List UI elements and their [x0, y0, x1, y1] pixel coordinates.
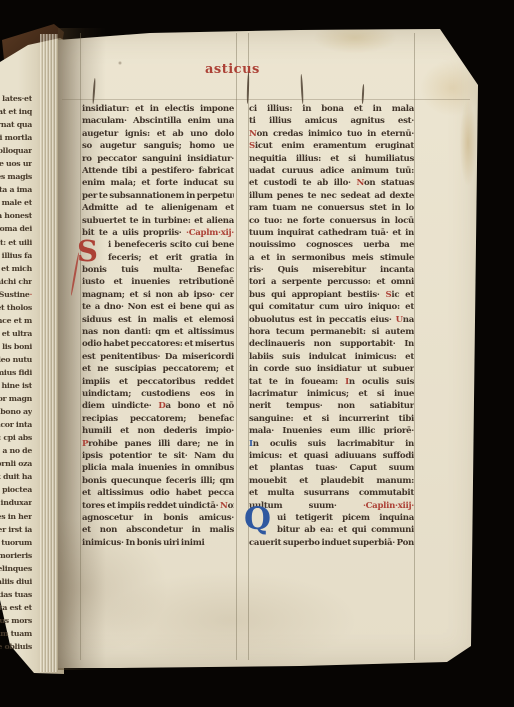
- body-text: ris· Quis miserebitur incanta: [249, 265, 414, 275]
- text-line: mor magn: [0, 392, 32, 405]
- body-text: duat: et uili: [0, 238, 32, 247]
- body-text: diem uindicte·: [82, 401, 158, 411]
- body-text: irmius fidi: [0, 368, 32, 377]
- body-text: sanguine: et si incurrerint tibi: [249, 414, 414, 424]
- body-text: t aliis diui: [0, 577, 32, 586]
- body-text: declinaueris non supportabit· In: [249, 339, 414, 349]
- body-text: et multa susurrans commutabit: [249, 488, 414, 498]
- text-line: uindictam; custodiens eos in: [82, 388, 234, 400]
- text-line: ibus mors: [0, 614, 32, 627]
- text-line: ris· Quis miserebitur incanta: [249, 264, 414, 276]
- text-line: ponat et inq: [0, 105, 32, 118]
- text-line: uadat curuus adice animum tuū:: [249, 165, 414, 177]
- ruling-line-left: [80, 33, 81, 660]
- rubricated-text: N: [356, 178, 364, 188]
- body-text: tori a serpente percusso: et omni: [249, 277, 414, 287]
- text-line: te a dno· Non est ei bene qui as: [82, 301, 234, 313]
- text-line: ro peccator sanguini insidiatur·: [82, 153, 234, 165]
- text-line: imicus: et quasi adiuuans suffodi: [249, 450, 414, 462]
- body-text: oni bono ay: [0, 407, 32, 416]
- text-line: et multa susurrans commutabit: [249, 487, 414, 499]
- facing-page-text-column: ns lates·etponat et inqternat quaSi mort…: [0, 92, 32, 653]
- body-text: mor magn: [0, 394, 32, 403]
- leaf-edges: [40, 34, 58, 672]
- text-line: oni bono ay: [0, 405, 32, 418]
- text-line: odio habet peccatores: et misertus: [82, 338, 234, 350]
- body-text: uita a ima:: [0, 185, 32, 194]
- text-line: es: et ultra: [0, 327, 32, 340]
- body-text: qui comitatur cum uiro iniquo: et: [249, 302, 414, 312]
- text-line: ame uos ur: [0, 157, 32, 170]
- body-text: est penitentibus· Da misericordi: [82, 352, 234, 362]
- text-line: nas non danti: qm et altissimus: [82, 326, 234, 338]
- text-line: bitur ab ea: et qui communi: [249, 524, 414, 536]
- body-text: tias tuas: [0, 590, 32, 599]
- body-text: nut pioctea: [0, 485, 32, 494]
- text-line: bus qui appropiant bestiis· Sic et: [249, 289, 414, 301]
- chapter-12-initial: S: [77, 237, 98, 266]
- body-text: on: [228, 501, 234, 511]
- body-text: t incor inta: [0, 420, 32, 429]
- body-text: Attende tibi a pestifero· fabricat: [82, 166, 234, 176]
- text-line: i benefeceris scito cui bene: [82, 239, 234, 251]
- text-line: Sicut enim eramentum eruginat: [249, 140, 414, 152]
- text-line: nchoma dei: [0, 222, 32, 235]
- body-text: n oculis suis: [349, 377, 414, 387]
- chapter-13-initial: Q: [244, 504, 271, 535]
- text-line: inimicus· In bonis uiri inimi: [82, 537, 234, 549]
- text-line: diem uindicte· Da bono et nō: [82, 400, 234, 412]
- text-line: tat te in foueam: In oculis suis: [249, 376, 414, 388]
- text-line: et relinques: [0, 562, 32, 575]
- body-text: er irst ia: [0, 525, 32, 534]
- body-text: me morieris: [0, 551, 32, 560]
- body-text: in corde suo insidiatur ut subuer: [249, 364, 414, 374]
- body-text: ich illius fa: [0, 251, 32, 260]
- body-text: subuertet te in turbine: et aliena: [82, 216, 234, 226]
- body-text: nequitia illius: et si humiliatus: [249, 154, 414, 164]
- body-text: siduus est in malis et elemosi: [82, 315, 234, 325]
- text-line: labiis suis indulcat inimicus: et: [249, 351, 414, 363]
- text-line: et non abscondetur in malis: [82, 524, 234, 536]
- text-line: so augetur sanguis; homo ue: [82, 140, 234, 152]
- text-line: irmius fidi: [0, 366, 32, 379]
- ruling-line-right: [414, 33, 415, 660]
- body-text: na: [403, 315, 414, 325]
- body-text: obuolutus est in peccatis eius·: [249, 315, 396, 325]
- body-text: nouissimo cognosces uerba me: [249, 240, 414, 250]
- body-text: in colloquar;: [0, 146, 32, 155]
- body-text: ame uos ur: [0, 159, 32, 168]
- text-line: In oculis suis lacrimabitur in: [249, 438, 414, 450]
- body-text: ctua honest: [0, 211, 32, 220]
- body-text: iusto et inuenies retributionē: [82, 277, 234, 287]
- body-text: ic et: [391, 290, 414, 300]
- text-line: duat: et uili: [0, 236, 32, 249]
- text-line: augetur ignis: et ab uno dolo: [82, 128, 234, 140]
- body-text: a bono et nō: [165, 401, 234, 411]
- body-text: am tuam: [0, 629, 32, 638]
- body-text: per te subsannationem in perpetuū·: [82, 191, 234, 201]
- body-text: num tuorum: [0, 538, 32, 547]
- text-line: Attende tibi a pestifero· fabricat: [82, 165, 234, 177]
- text-line: d: cpi abs: [0, 431, 32, 444]
- body-text: bonis quecunque feceris illi; qm: [82, 476, 234, 486]
- text-line: et altissimus odio habet pecca: [82, 487, 234, 499]
- text-line: maculam· Abscintilla enim una: [82, 115, 234, 127]
- body-text: data est et: [0, 603, 32, 612]
- body-text: agnoscetur in bonis amicus·: [82, 513, 234, 523]
- body-text: nas non danti: qm et altissimus: [82, 327, 234, 337]
- text-line: uest duit ha: [0, 470, 32, 483]
- text-line: mes in her: [0, 510, 32, 523]
- text-line: bit te a uiis propriis· ·Caplm·xij·: [82, 227, 234, 239]
- body-text: Admitte ad te alienigenam et: [82, 203, 234, 213]
- body-text: ci illius: in bona et in mala: [249, 104, 414, 114]
- text-line: lacrimatur inimicus; et si inue: [249, 388, 414, 400]
- body-text: ta et tholos: [0, 303, 32, 312]
- body-text: enim mala; et forte inducat su: [82, 178, 234, 188]
- text-line: sanguine: et si incurrerint tibi: [249, 413, 414, 425]
- text-line: Si mortla: [0, 131, 32, 144]
- text-line: in colloquar;: [0, 144, 32, 157]
- body-text: ne obliuis: [0, 642, 32, 651]
- body-text: hora tecum permanebit: si autem: [249, 327, 414, 337]
- body-text: ur· a no de: [0, 446, 32, 455]
- text-line: enim mala; et forte inducat su: [82, 177, 234, 189]
- body-text: ram tuam ne conuersus stet in lo: [249, 203, 414, 213]
- text-line: recipias peccatorem; benefac: [82, 413, 234, 425]
- rubricated-text: ·: [30, 290, 32, 299]
- text-line: mor hine ist: [0, 379, 32, 392]
- text-line: est penitentibus· Da misericordi: [82, 351, 234, 363]
- text-line: a et in sermonibus meis stimule: [249, 252, 414, 264]
- text-line: siduus est in malis et elemosi: [82, 314, 234, 326]
- body-text: insidiatur: et in electis impone: [82, 104, 234, 114]
- body-text: d: cpi abs: [0, 433, 32, 442]
- body-text: tores et impiis reddet uindictā·: [82, 501, 220, 511]
- body-text: odio habet peccatores: et misertus: [82, 339, 234, 349]
- manuscript-photo: ns lates·etponat et inqternat quaSi mort…: [0, 0, 514, 707]
- text-line: agnoscetur in bonis amicus·: [82, 512, 234, 524]
- body-text: icut enim eramentum eruginat: [255, 141, 414, 151]
- body-text: magnam; et si non ab ipso· cer: [82, 290, 234, 300]
- ruling-line-top: [62, 99, 470, 100]
- text-line: data est et: [0, 601, 32, 614]
- text-line: hora tecum permanebit: si autem: [249, 326, 414, 338]
- body-text: mouebit et plaudebit manum:: [249, 476, 414, 486]
- text-line: feceris; et erit gratia in: [82, 252, 234, 264]
- text-line: ui tetigerit picem inquina: [249, 512, 414, 524]
- body-text: ibus mors: [0, 616, 32, 625]
- text-line: impiis et peccatoribus reddet: [82, 376, 234, 388]
- body-text: labiis suis indulcat inimicus: et: [249, 352, 414, 362]
- body-text: i benefeceris scito cui bene: [108, 240, 234, 250]
- rubricated-text: ·Caplm·xij·: [186, 228, 234, 238]
- body-text: et altissimus odio habet pecca: [82, 488, 234, 498]
- body-text: bonis tuis multa· Benefac: [82, 265, 234, 275]
- body-text: ti illius amicus agnitus est·: [249, 116, 414, 126]
- text-line: ut michi chr: [0, 275, 32, 288]
- body-text: et non abscondetur in malis: [82, 525, 234, 535]
- text-line: bonis quecunque feceris illi; qm: [82, 475, 234, 487]
- text-line: bonis tuis multa· Benefac: [82, 264, 234, 276]
- body-text: n oculis suis lacrimabitur in: [253, 439, 414, 449]
- text-line: uita a ima:: [0, 183, 32, 196]
- text-line: am tuam: [0, 627, 32, 640]
- body-text: tuum inquirat cathedram tuā· et in: [249, 228, 414, 238]
- text-line: bence et m: [0, 314, 32, 327]
- text-line: num tuorum: [0, 536, 32, 549]
- body-text: co: male et: [0, 198, 32, 207]
- text-line: ci illius: in bona et in mala: [249, 103, 414, 115]
- text-line: ns lates·et: [0, 92, 32, 105]
- text-line: in deo nutu: [0, 353, 32, 366]
- body-text: Si mortla: [0, 133, 32, 142]
- body-text: ro peccator sanguini insidiatur·: [82, 154, 234, 164]
- text-line: plicia mala inuenies in omnibus: [82, 462, 234, 474]
- text-line: per te subsannationem in perpetuū·: [82, 190, 234, 202]
- body-text: hor induxar: [0, 498, 32, 507]
- text-line: mala· Inuenies eum illic priorē·: [249, 425, 414, 437]
- body-text: ui tetigerit picem inquina: [277, 513, 414, 523]
- body-text: n tornli oza: [0, 459, 32, 468]
- body-text: on statuas: [364, 178, 414, 188]
- text-line: et plantas tuas· Caput suum: [249, 462, 414, 474]
- text-line: Admitte ad te alienigenam et: [82, 202, 234, 214]
- body-text: bence et m: [0, 316, 32, 325]
- running-title: asticus: [205, 62, 259, 77]
- rubricated-text: ·Caplin·xiij·: [363, 501, 414, 511]
- text-line: uultum suum· ·Caplin·xiij·: [249, 500, 414, 512]
- text-line: nerit tempus· non satiabitur: [249, 400, 414, 412]
- text-line: in corde suo insidiatur ut subuer: [249, 363, 414, 375]
- body-text: so augetur sanguis; homo ue: [82, 141, 234, 151]
- text-line: t aliis diui: [0, 575, 32, 588]
- body-text: res magis;: [0, 172, 32, 181]
- body-text: te a dno· Non est ei bene qui as: [82, 302, 234, 312]
- body-text: et relinques: [0, 564, 32, 573]
- body-text: humili et non dederis impio·: [82, 426, 234, 436]
- text-line: cauerit superbo induet superbiā· Pon: [249, 537, 414, 549]
- text-line: qui comitatur cum uiro iniquo: et: [249, 301, 414, 313]
- text-line: ne obliuis: [0, 640, 32, 653]
- text-line: ctua honest: [0, 209, 32, 222]
- text-line: tores et impiis reddet uindictā· Non: [82, 500, 234, 512]
- text-line: ipsis potentior te sit· Nam du: [82, 450, 234, 462]
- text-line: ta et tholos: [0, 301, 32, 314]
- text-line: res magis;: [0, 170, 32, 183]
- body-text: in deo nutu: [0, 355, 32, 364]
- body-text: co tuo: ne forte conuersus in locū: [249, 216, 414, 226]
- body-text: lacrimatur inimicus; et si inue: [249, 389, 414, 399]
- text-line: subuertet te in turbine: et aliena: [82, 215, 234, 227]
- text-line: tias tuas: [0, 588, 32, 601]
- body-text: mes in her: [0, 512, 32, 521]
- body-text: a et in sermonibus meis stimule: [249, 253, 414, 263]
- text-line: obuolutus est in peccatis eius· Una: [249, 314, 414, 326]
- body-text: nchoma dei: [0, 224, 32, 233]
- body-text: Sustine: [0, 290, 30, 299]
- body-text: recipias peccatorem; benefac: [82, 414, 234, 424]
- ruling-line-intercolumn-1: [236, 33, 237, 660]
- text-line: tuum inquirat cathedram tuā· et in: [249, 227, 414, 239]
- text-line: insidiatur: et in electis impone: [82, 103, 234, 115]
- body-text: impiis et peccatoribus reddet: [82, 377, 234, 387]
- body-text: mala· Inuenies eum illic priorē·: [249, 426, 414, 436]
- text-line: Prohibe panes illi dare; ne in: [82, 438, 234, 450]
- body-text: et plantas tuas· Caput suum: [249, 463, 414, 473]
- text-line: nouissimo cognosces uerba me: [249, 239, 414, 251]
- body-text: mor hine ist: [0, 381, 32, 390]
- body-text: inimicus· In bonis uiri inimi: [82, 538, 205, 548]
- rubricated-text: N: [220, 501, 228, 511]
- body-text: plicia mala inuenies in omnibus: [82, 463, 234, 473]
- body-text: rohibe panes illi dare; ne in: [88, 439, 234, 449]
- text-line: magnam; et si non ab ipso· cer: [82, 289, 234, 301]
- text-line: ·Sustine: [0, 288, 32, 301]
- text-line: declinaueris non supportabit· In: [249, 338, 414, 350]
- text-line: humili et non dederis impio·: [82, 425, 234, 437]
- text-column-right: ci illius: in bona et in malati illius a…: [249, 103, 414, 549]
- body-text: et ne suscipias peccatorem; et: [82, 364, 234, 374]
- body-text: nerit tempus· non satiabitur: [249, 401, 414, 411]
- text-line: illum penes te nec sedeat ad dexte: [249, 190, 414, 202]
- text-line: nequitia illius: et si humiliatus: [249, 153, 414, 165]
- body-text: augetur ignis: et ab uno dolo: [82, 129, 234, 139]
- body-text: ternat qua: [0, 120, 32, 129]
- text-column-left: insidiatur: et in electis imponemaculam·…: [82, 103, 234, 549]
- text-line: me morieris: [0, 549, 32, 562]
- body-text: ns lates·et: [0, 94, 32, 103]
- body-text: bus qui appropiant bestiis·: [249, 290, 385, 300]
- text-line: ur· a no de: [0, 444, 32, 457]
- text-line: me lis boni: [0, 340, 32, 353]
- text-line: co: male et: [0, 196, 32, 209]
- rubricated-text: U: [396, 315, 403, 325]
- text-line: co tuo: ne forte conuersus in locū: [249, 215, 414, 227]
- text-line: mouebit et plaudebit manum:: [249, 475, 414, 487]
- text-line: et custodi te ab illo· Non statuas: [249, 177, 414, 189]
- text-line: hor induxar: [0, 496, 32, 509]
- body-text: feceris; et erit gratia in: [108, 253, 234, 263]
- text-line: iusto et inuenies retributionē: [82, 276, 234, 288]
- body-text: quid et mich: [0, 264, 32, 273]
- text-line: nut pioctea: [0, 483, 32, 496]
- body-text: imicus: et quasi adiuuans suffodi: [249, 451, 414, 461]
- text-line: ich illius fa: [0, 249, 32, 262]
- text-line: ti illius amicus agnitus est·: [249, 115, 414, 127]
- text-line: t incor inta: [0, 418, 32, 431]
- text-line: ram tuam ne conuersus stet in lo: [249, 202, 414, 214]
- body-text: uadat curuus adice animum tuū:: [249, 166, 414, 176]
- body-text: ut michi chr: [0, 277, 32, 286]
- text-line: et ne suscipias peccatorem; et: [82, 363, 234, 375]
- text-line: n tornli oza: [0, 457, 32, 470]
- body-text: uest duit ha: [0, 472, 32, 481]
- body-text: uindictam; custodiens eos in: [82, 389, 234, 399]
- body-text: on credas inimico tuo in eternū·: [257, 129, 414, 139]
- text-line: Non credas inimico tuo in eternū·: [249, 128, 414, 140]
- text-line: quid et mich: [0, 262, 32, 275]
- body-text: et custodi te ab illo·: [249, 178, 356, 188]
- body-text: maculam· Abscintilla enim una: [82, 116, 234, 126]
- body-text: cauerit superbo induet superbiā· Pon: [249, 538, 414, 548]
- body-text: es: et ultra: [0, 329, 32, 338]
- body-text: ponat et inq: [0, 107, 32, 116]
- body-text: me lis boni: [0, 342, 32, 351]
- rubricated-text: N: [249, 129, 257, 139]
- body-text: ipsis potentior te sit· Nam du: [82, 451, 234, 461]
- text-line: ternat qua: [0, 118, 32, 131]
- body-text: tat te in foueam:: [249, 377, 345, 387]
- body-text: illum penes te nec sedeat ad dexte: [249, 191, 414, 201]
- body-text: bitur ab ea: et qui communi: [277, 525, 414, 535]
- text-line: er irst ia: [0, 523, 32, 536]
- text-line: tori a serpente percusso: et omni: [249, 276, 414, 288]
